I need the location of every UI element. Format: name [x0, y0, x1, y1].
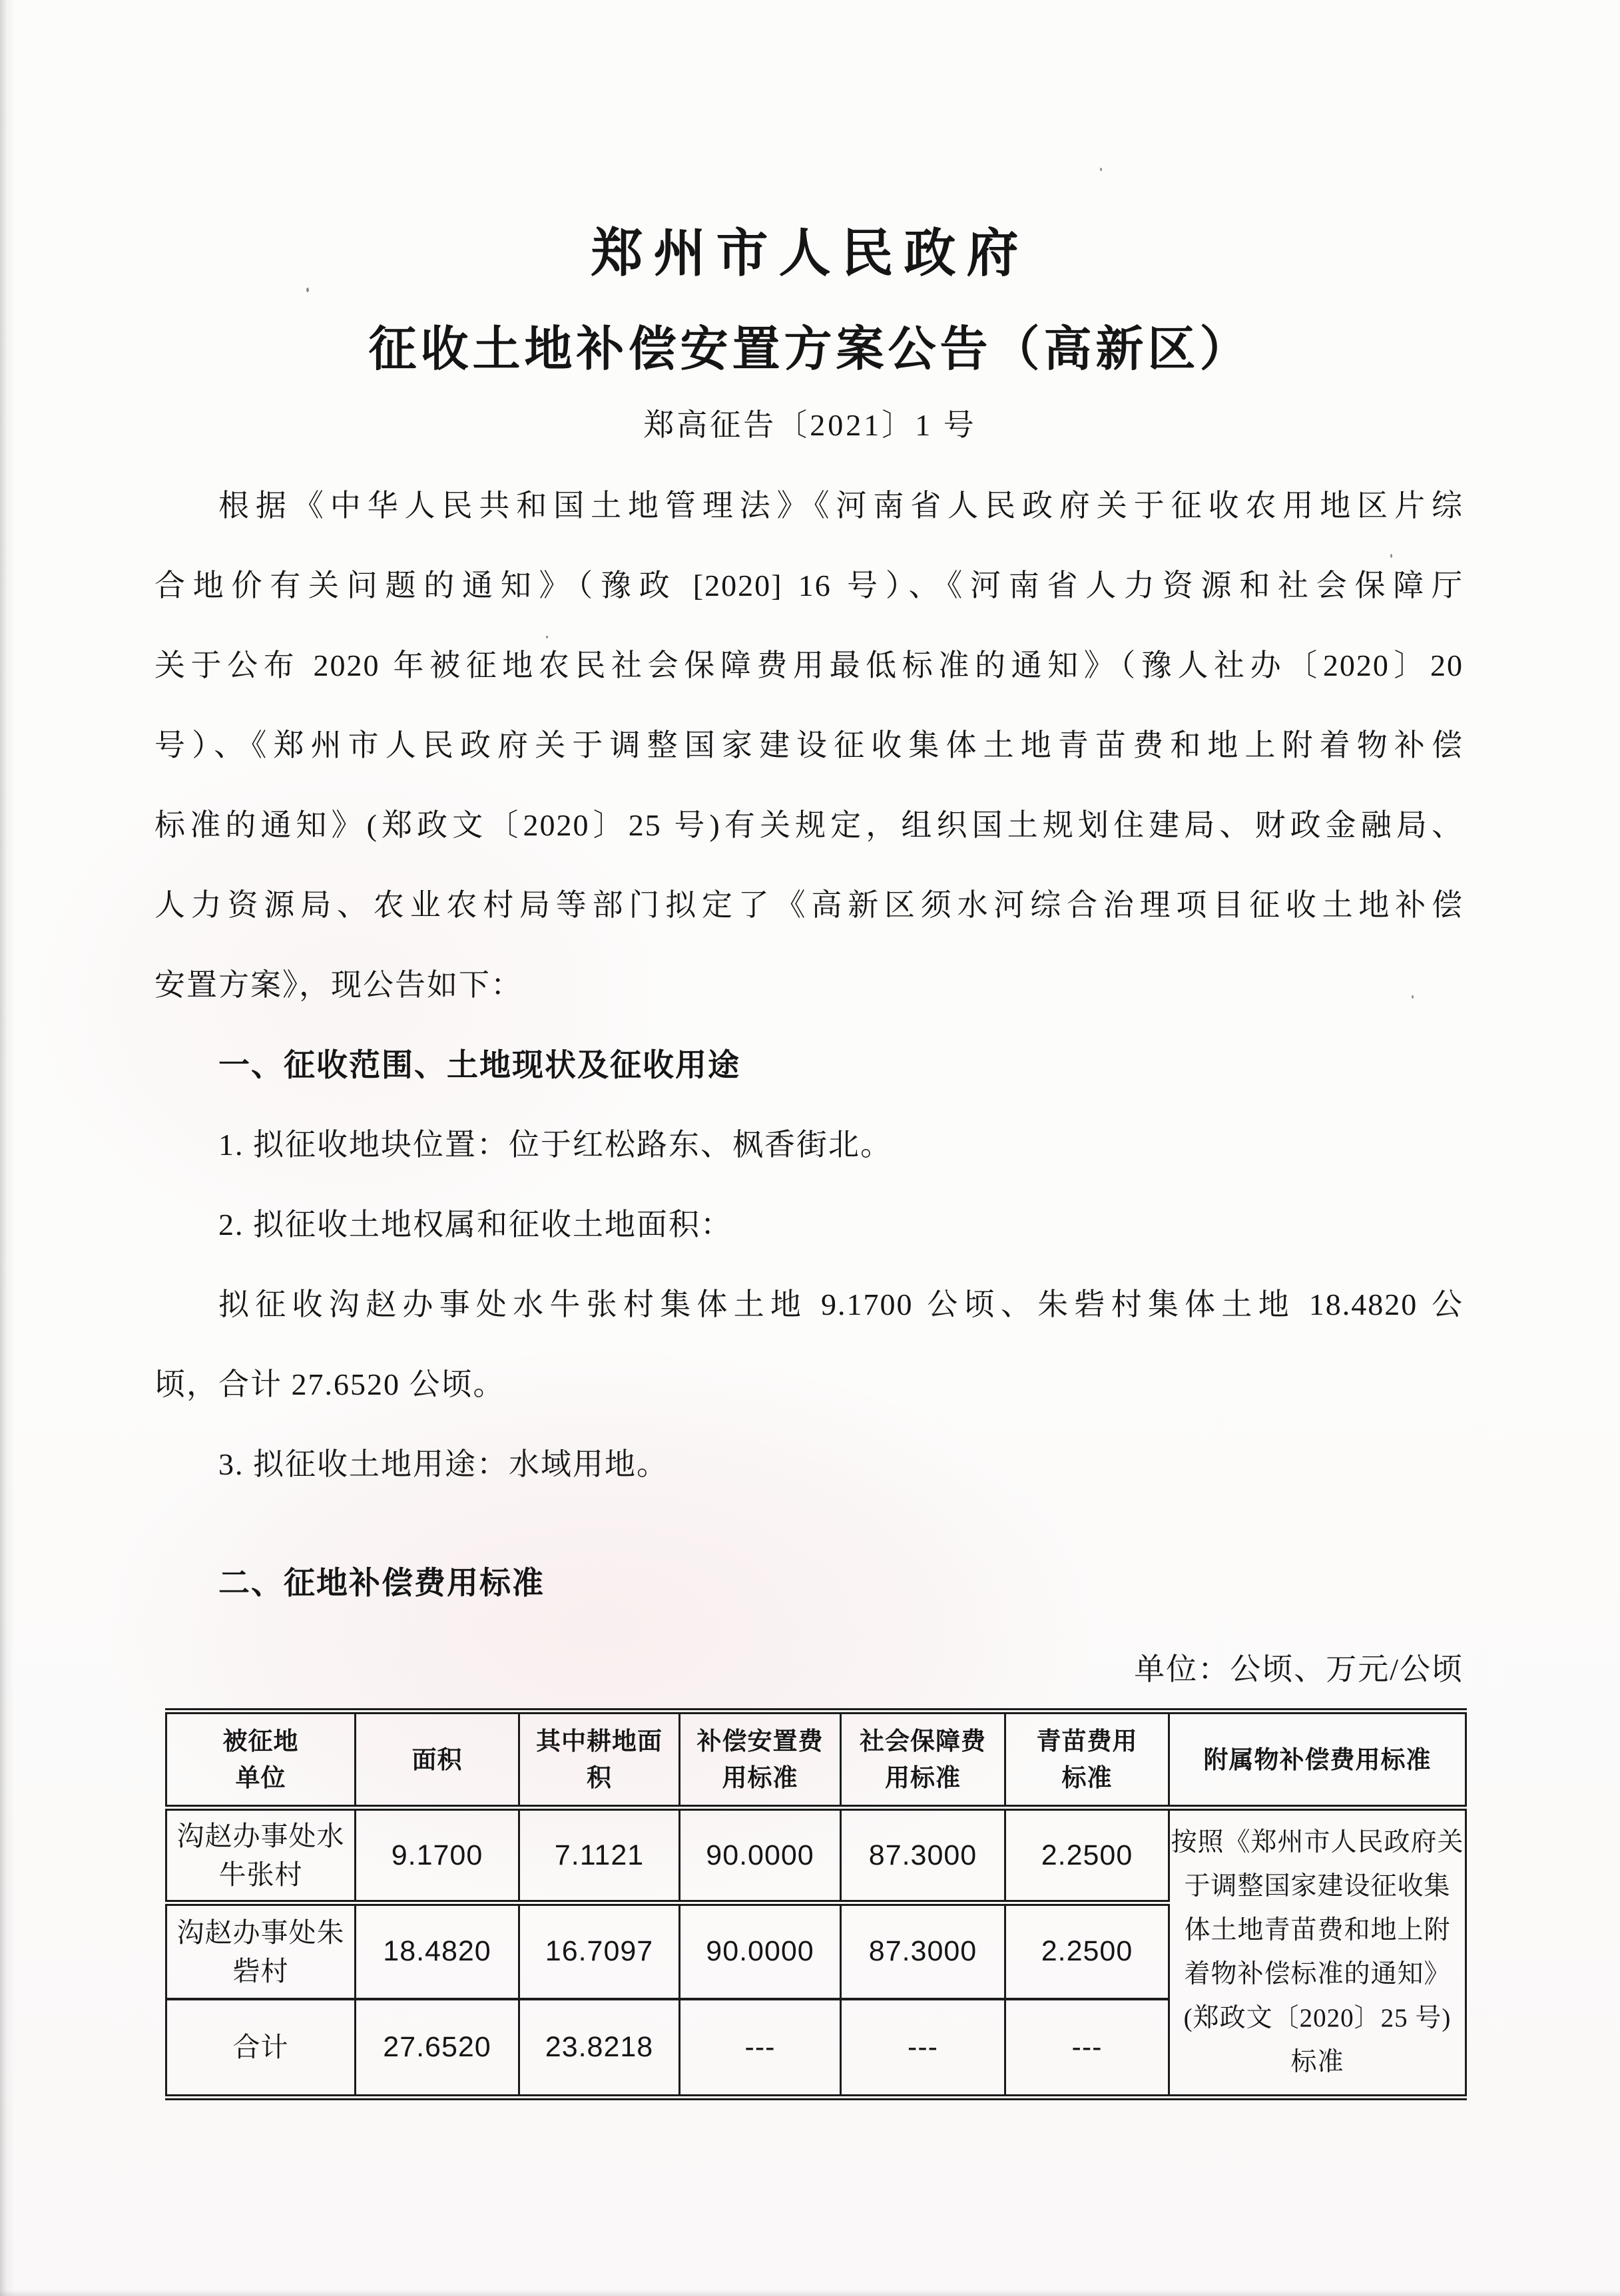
cell-seedling: 2.2500: [1005, 1903, 1169, 1999]
document-title-line-1: 郑州市人民政府: [0, 212, 1620, 286]
cell-seedling-total: ---: [1005, 1999, 1169, 2098]
col-header-line: 积: [520, 1759, 678, 1796]
col-header-unit: 被征地 单位: [166, 1712, 356, 1808]
attachment-note-line: 体土地青苗费和地上附: [1170, 1909, 1465, 1952]
col-header-line: 其中耕地面: [520, 1723, 678, 1759]
cell-farmland-total: 23.8218: [519, 1999, 680, 2098]
col-header-line: 被征地: [167, 1723, 354, 1759]
list-item-3: 3. 拟征收土地用途：水域用地。: [154, 1425, 1464, 1504]
col-header-line: 单位: [167, 1759, 354, 1796]
body-line: 合地价有关问题的通知》（豫政 [2020] 16 号）、《河南省人力资源和社会保…: [154, 546, 1464, 626]
col-header-social: 社会保障费 用标准: [841, 1712, 1005, 1808]
col-header-line: 补偿安置费: [680, 1723, 840, 1759]
scanned-document-page: 郑州市人民政府 征收土地补偿安置方案公告（高新区） 郑高征告〔2021〕1 号 …: [0, 0, 1620, 2296]
body-line: 标准的通知》(郑政文〔2020〕25 号)有关规定，组织国土规划住建局、财政金融…: [154, 786, 1464, 865]
col-header-resettlement: 补偿安置费 用标准: [680, 1712, 841, 1808]
cell-unit-line: 沟赵办事处朱: [167, 1913, 354, 1952]
col-header-line: 面积: [356, 1741, 518, 1778]
attachment-note-line: 于调整国家建设征收集: [1170, 1865, 1465, 1909]
table-unit-note: 单位：公顷、万元/公顷: [154, 1630, 1473, 1710]
cell-resettlement: 90.0000: [680, 1808, 841, 1903]
cell-area: 9.1700: [356, 1808, 519, 1903]
attachment-note-line: 标准: [1170, 2040, 1465, 2084]
col-header-line: 用标准: [680, 1759, 840, 1796]
body-line: 安置方案》，现公告如下：: [154, 945, 1464, 1025]
col-header-attachment: 附属物补偿费用标准: [1169, 1712, 1466, 1808]
cell-area: 18.4820: [356, 1903, 519, 1999]
cell-farmland: 16.7097: [519, 1903, 680, 1999]
document-title-line-2: 征收土地补偿安置方案公告（高新区）: [0, 310, 1620, 379]
col-header-farmland: 其中耕地面 积: [519, 1712, 680, 1808]
table-header-row: 被征地 单位 面积 其中耕地面 积 补偿安置费 用标准 社会保障费 用标准: [166, 1712, 1466, 1808]
body-line: 拟征收沟赵办事处水牛张村集体土地 9.1700 公顷、朱砦村集体土地 18.48…: [154, 1265, 1464, 1345]
cell-unit: 沟赵办事处朱 砦村: [166, 1903, 356, 1999]
compensation-table-container: 被征地 单位 面积 其中耕地面 积 补偿安置费 用标准 社会保障费 用标准: [165, 1708, 1467, 2100]
cell-unit-line: 牛张村: [167, 1855, 354, 1894]
scan-speck: [1100, 168, 1102, 171]
cell-seedling: 2.2500: [1005, 1808, 1169, 1903]
section-2-heading: 二、征地补偿费用标准: [154, 1543, 1464, 1623]
cell-social: 87.3000: [841, 1808, 1005, 1903]
cell-farmland: 7.1121: [519, 1808, 680, 1903]
col-header-line: 社会保障费: [842, 1723, 1004, 1759]
cell-unit-line: 沟赵办事处水: [167, 1817, 354, 1855]
cell-resettlement: 90.0000: [680, 1903, 841, 1999]
body-line: 号）、《郑州市人民政府关于调整国家建设征收集体土地青苗费和地上附着物补偿: [154, 706, 1464, 786]
scan-speck: [1390, 554, 1392, 558]
body-line: 顷，合计 27.6520 公顷。: [154, 1345, 1464, 1425]
document-number: 郑高征告〔2021〕1 号: [0, 401, 1620, 445]
compensation-table: 被征地 单位 面积 其中耕地面 积 补偿安置费 用标准 社会保障费 用标准: [165, 1708, 1467, 2100]
list-item-1: 1. 拟征收地块位置：位于红松路东、枫香街北。: [154, 1105, 1464, 1185]
col-header-line: 附属物补偿费用标准: [1170, 1741, 1465, 1778]
col-header-area: 面积: [356, 1712, 519, 1808]
col-header-line: 青苗费用: [1006, 1723, 1168, 1759]
cell-unit-total: 合计: [166, 1999, 356, 2098]
cell-social: 87.3000: [841, 1903, 1005, 1999]
cell-unit: 沟赵办事处水 牛张村: [166, 1808, 356, 1903]
body-line: 关于公布 2020 年被征地农民社会保障费用最低标准的通知》（豫人社办〔2020…: [154, 626, 1464, 706]
col-header-seedling: 青苗费用 标准: [1005, 1712, 1169, 1808]
scan-speck: [306, 288, 309, 292]
scan-speck: [1412, 995, 1414, 999]
col-header-line: 标准: [1006, 1759, 1168, 1796]
attachment-note-line: 着物补偿标准的通知》: [1170, 1952, 1465, 1996]
bottom-scan-edge: [0, 2290, 1620, 2296]
cell-attachment-note: 按照《郑州市人民政府关 于调整国家建设征收集 体土地青苗费和地上附 着物补偿标准…: [1169, 1808, 1466, 2098]
attachment-note-line: 按照《郑州市人民政府关: [1170, 1821, 1465, 1865]
table-row: 沟赵办事处水 牛张村 9.1700 7.1121 90.0000 87.3000…: [166, 1808, 1466, 1903]
cell-area-total: 27.6520: [356, 1999, 519, 2098]
scan-speck: [546, 636, 548, 638]
body-line: 人力资源局、农业农村局等部门拟定了《高新区须水河综合治理项目征收土地补偿: [154, 865, 1464, 945]
cell-social-total: ---: [841, 1999, 1005, 2098]
body-line: 根据《中华人民共和国土地管理法》《河南省人民政府关于征收农用地区片综: [154, 466, 1464, 546]
cell-unit-line: 砦村: [167, 1952, 354, 1990]
section-1-heading: 一、征收范围、土地现状及征收用途: [154, 1025, 1464, 1105]
cell-resettlement-total: ---: [680, 1999, 841, 2098]
attachment-note-line: (郑政文〔2020〕25 号): [1170, 1996, 1465, 2040]
col-header-line: 用标准: [842, 1759, 1004, 1796]
list-item-2: 2. 拟征收土地权属和征收土地面积：: [154, 1185, 1464, 1265]
cell-unit-line: 合计: [167, 2028, 354, 2066]
